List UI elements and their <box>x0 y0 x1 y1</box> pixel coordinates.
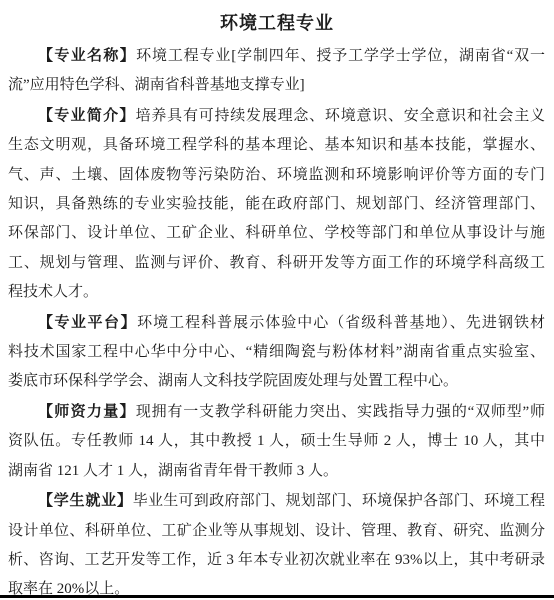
text-line: 气、声、土壤、固体废物等污染防治、环境监测和环境影响评价等方面的专门 <box>8 161 545 190</box>
section-text: 环境工程科普展示体验中心（省级科普基地）、先进钢铁材 <box>137 315 545 331</box>
section-major-platform: 【专业平台】环境工程科普展示体验中心（省级科普基地）、先进钢铁材 料技术国家工程… <box>8 308 545 397</box>
section-text: 环境工程专业[学制四年、授予工学学士学位，湖南省“双一 <box>136 48 545 64</box>
text-line: 工、规划与管理、监测与评价、教育、科研开发等方面工作的环境学科高级工 <box>8 249 545 278</box>
text-line: 析、咨询、工艺开发等工作，近 3 年本专业初次就业率在 93%以上，其中考研录 <box>8 546 545 575</box>
section-employment: 【学生就业】毕业生可到政府部门、规划部门、环境保护各部门、环境工程 设计单位、科… <box>8 486 545 600</box>
document-body: 【专业名称】环境工程专业[学制四年、授予工学学士学位，湖南省“双一 流”应用特色… <box>0 41 554 600</box>
text-line: 生态文明观，具备环境工程学科的基本理论、基本知识和基本技能，掌握水、 <box>8 131 545 160</box>
text-line: 【专业平台】环境工程科普展示体验中心（省级科普基地）、先进钢铁材 <box>8 308 545 338</box>
section-header: 【专业简介】 <box>38 107 136 124</box>
text-line: 【师资力量】现拥有一支教学科研能力突出、实践指导力强的“双师型”师 <box>8 397 545 427</box>
text-line: 环保部门、设计单位、工矿企业、科研单位、学校等部门和单位从事设计与施 <box>8 219 545 248</box>
text-line: 湖南省 121 人才 1 人，湖南省青年骨干教师 3 人。 <box>8 457 545 486</box>
document-page: 环境工程专业 【专业名称】环境工程专业[学制四年、授予工学学士学位，湖南省“双一… <box>0 0 554 600</box>
text-line: 流”应用特色学科、湖南省科普基地支撑专业] <box>8 71 545 100</box>
section-text: 毕业生可到政府部门、规划部门、环境保护各部门、环境工程 <box>133 493 545 509</box>
document-title: 环境工程专业 <box>0 12 554 34</box>
section-major-name: 【专业名称】环境工程专业[学制四年、授予工学学士学位，湖南省“双一 流”应用特色… <box>8 41 545 101</box>
section-header: 【师资力量】 <box>38 403 136 420</box>
section-header: 【专业名称】 <box>38 47 136 64</box>
text-line: 【专业简介】培养具有可持续发展理念、环境意识、安全意识和社会主义 <box>8 101 545 131</box>
section-faculty: 【师资力量】现拥有一支教学科研能力突出、实践指导力强的“双师型”师 资队伍。专任… <box>8 397 545 486</box>
text-line: 料技术国家工程中心华中分中心、“精细陶瓷与粉体材料”湖南省重点实验室、 <box>8 338 545 367</box>
page-bottom-border <box>0 595 554 598</box>
text-line: 设计单位、科研单位、工矿企业等从事规划、设计、管理、教育、研究、监测分 <box>8 517 545 546</box>
text-line: 程技术人才。 <box>8 278 545 307</box>
text-line: 知识，具备熟练的专业实验技能，能在政府部门、规划部门、经济管理部门、 <box>8 190 545 219</box>
text-line: 娄底市环保科学学会、湖南人文科技学院固废处理与处置工程中心。 <box>8 367 545 396</box>
section-text: 培养具有可持续发展理念、环境意识、安全意识和社会主义 <box>136 108 545 124</box>
section-major-intro: 【专业简介】培养具有可持续发展理念、环境意识、安全意识和社会主义 生态文明观，具… <box>8 101 545 308</box>
text-line: 【学生就业】毕业生可到政府部门、规划部门、环境保护各部门、环境工程 <box>8 486 545 516</box>
text-line: 【专业名称】环境工程专业[学制四年、授予工学学士学位，湖南省“双一 <box>8 41 545 71</box>
section-text: 现拥有一支教学科研能力突出、实践指导力强的“双师型”师 <box>136 404 545 420</box>
text-line: 资队伍。专任教师 14 人，其中教授 1 人，硕士生导师 2 人，博士 10 人… <box>8 427 545 456</box>
section-header: 【专业平台】 <box>38 314 137 331</box>
section-header: 【学生就业】 <box>38 492 133 509</box>
